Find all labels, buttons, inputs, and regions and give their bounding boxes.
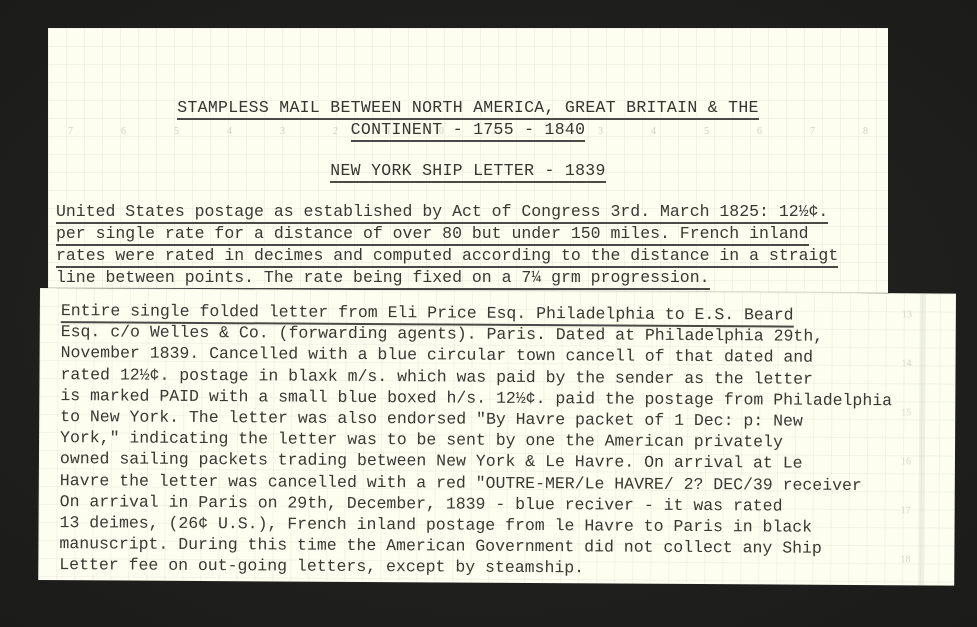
section-subtitle: NEW YORK SHIP LETTER - 1839 bbox=[48, 161, 888, 183]
margin-number: 18 bbox=[900, 554, 910, 565]
intro-line: line between points. The rate being fixe… bbox=[56, 267, 838, 289]
margin-number: 13 bbox=[902, 309, 912, 320]
intro-line: United States postage as established by … bbox=[56, 201, 838, 223]
margin-number: 15 bbox=[901, 407, 911, 418]
title-line-1: STAMPLESS MAIL BETWEEN NORTH AMERICA, GR… bbox=[177, 98, 759, 120]
page-title: STAMPLESS MAIL BETWEEN NORTH AMERICA, GR… bbox=[48, 98, 888, 120]
postage-intro-paragraph: United States postage as established by … bbox=[56, 201, 838, 289]
margin-number: 16 bbox=[901, 456, 911, 467]
subtitle-text: NEW YORK SHIP LETTER - 1839 bbox=[330, 161, 605, 183]
description-sheet: 131415161718 Entire single folded letter… bbox=[38, 288, 956, 586]
letter-description-paragraph: Entire single folded letter from Eli Pri… bbox=[59, 300, 892, 581]
title-line-2: CONTINENT - 1755 - 1840 bbox=[351, 120, 586, 142]
title-sheet: 7654321012345678 STAMPLESS MAIL BETWEEN … bbox=[48, 28, 888, 293]
margin-number: 14 bbox=[902, 358, 912, 369]
intro-line: rates were rated in decimes and computed… bbox=[56, 245, 838, 267]
margin-strip bbox=[918, 293, 926, 585]
intro-line: per single rate for a distance of over 8… bbox=[56, 223, 838, 245]
page-title-continued: CONTINENT - 1755 - 1840 bbox=[48, 120, 888, 142]
margin-number: 17 bbox=[901, 505, 911, 516]
